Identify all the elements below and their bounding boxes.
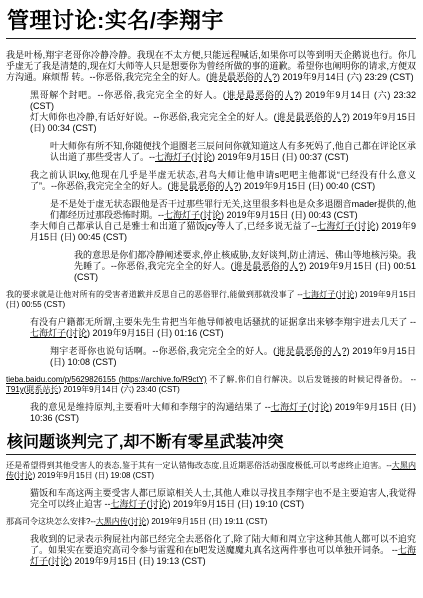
message: 我的意见是维持原判,主要看叶大师和李翔宇的沟通结果了 --七海灯子(讨论) 20… xyxy=(30,402,416,424)
page-title: 管理讨论:实名/李翔宇 xyxy=(6,8,416,39)
sig-question-link[interactable]: 谁是最恶俗的人? xyxy=(277,112,347,122)
user-link[interactable]: 七海灯子 xyxy=(317,221,354,231)
message: 是不是处于虚无状态跟他是否干过那些罪行无关,这里很多料也是众多退圈音mader提… xyxy=(50,199,416,221)
sig-question-link[interactable]: 谁是最恶俗的人? xyxy=(234,261,304,271)
message-text: ) 2019年9月15日 (日) 00:43 (CST) xyxy=(221,210,358,220)
talk-link[interactable]: 讨论 xyxy=(338,290,355,299)
sig-question-link[interactable]: 谁是最恶俗的人? xyxy=(209,72,277,82)
message-text: 李大师自己都承认自己是雅士和出道了猫饭jcy等人了,已经多说无益了-- xyxy=(30,221,317,231)
message-text: ) 2019年9月15日 (日) 00:37 (CST) xyxy=(212,152,349,162)
message-text: ) 2019年9月15日 (日) 01:16 (CST) xyxy=(87,328,224,338)
sig-question-link[interactable]: 谁是最恶俗的人? xyxy=(226,90,299,100)
user-link[interactable]: 七海灯子 xyxy=(271,402,308,412)
message-text: ) 2019年9月15日 (日) 19:10 (CST) xyxy=(168,499,305,509)
sig-question-link[interactable]: 谁是最恶俗的人? xyxy=(171,181,239,191)
talk-link[interactable]: 联系站长 xyxy=(26,385,58,394)
message-text: 我收到的记录表示狗屁社内部已经完全去恶俗化了,除了陆大师和周立宇这种其他人都可以… xyxy=(30,534,416,555)
user-link[interactable]: 七海灯子 xyxy=(303,290,336,299)
message-text: ) 2019年9月15日 (日) 19:13 (CST) xyxy=(69,556,206,566)
talk-link[interactable]: 讨论 xyxy=(17,471,33,480)
message: 灯大师你也冷静,有话好好说。--你恶俗,我完完全全的好人。(谁是最恶俗的人?) … xyxy=(30,112,416,134)
message-text: 还是希望得到其他受害人的表态,鉴于其有一定认错悔改态度,且近期恶俗活动强度极低,… xyxy=(6,461,392,470)
message: tieba.baidu.com/p/5629826155 (https://ar… xyxy=(6,375,416,395)
user-link[interactable]: 七海灯子 xyxy=(30,328,66,338)
message-text: 灯大师你也冷静,有话好好说。--你恶俗,我完完全全的好人。( xyxy=(30,112,277,122)
message: 有没有户籍都无所谓,主要朱先生肯把当年他导师被电话骚扰的证据拿出来够李翔宇进去几… xyxy=(30,317,416,339)
message-text: ) 2019年9月15日 (日) 00:40 (CST) xyxy=(239,181,376,191)
message: 黑哥解个封吧。--你恶俗,我完完全全的好人。(谁是最恶俗的人?) 2019年9月… xyxy=(30,90,416,112)
message: 我的意思是你们都冷静阐述要求,停止核威胁,友好谈判,防止清远、佛山等地核污染。我… xyxy=(74,250,416,283)
talk-link[interactable]: 讨论 xyxy=(150,499,168,509)
message: 我是叶杨,翔宇老哥你冷静冷静。我现在不太方便,只能远程喊话,如果你可以等到明天企… xyxy=(6,50,416,83)
message-text: ) 2019年9月15日 (日) 19:11 (CST) xyxy=(146,517,267,526)
message-text: 黑哥解个封吧。--你恶俗,我完完全全的好人。( xyxy=(30,90,226,100)
external-link[interactable]: tieba.baidu.com/p/5629826155 (https://ar… xyxy=(6,375,207,384)
message-text: 那高司令这块怎么安排?-- xyxy=(6,517,96,526)
message-text: 我的要求就是让他对所有的受害者道歉并反思自己的恶俗罪行,能做到那就没事了 -- xyxy=(6,290,303,299)
message-text: 有没有户籍都无所谓,主要朱先生肯把当年他导师被电话骚扰的证据拿出来够李翔宇进去几… xyxy=(30,317,416,327)
user-link[interactable]: 七海灯子 xyxy=(155,152,191,162)
talk-link[interactable]: 讨论 xyxy=(357,221,376,231)
discussion-sections: 我是叶杨,翔宇老哥你冷静冷静。我现在不太方便,只能远程喊话,如果你可以等到明天企… xyxy=(6,50,416,567)
talk-link[interactable]: 讨论 xyxy=(51,556,69,566)
message-text: ) 2019年9月14日 (六) 23:29 (CST) xyxy=(277,72,414,82)
user-link[interactable]: 七海灯子 xyxy=(111,499,147,509)
message-text: ) 2019年9月14日 (六) 23:40 (CST) xyxy=(58,385,179,394)
message: 我收到的记录表示狗屁社内部已经完全去恶俗化了,除了陆大师和周立宇这种其他人都可以… xyxy=(30,534,416,567)
section-heading: 核问题谈判完了,却不断有零星武装冲突 xyxy=(6,433,416,455)
message: 李大师自己都承认自己是雅士和出道了猫饭jcy等人了,已经多说无益了--七海灯子(… xyxy=(30,221,416,243)
talk-link[interactable]: 讨论 xyxy=(130,517,146,526)
message: 那高司令这块怎么安排?--大黑内传(讨论) 2019年9月15日 (日) 19:… xyxy=(6,517,416,527)
sig-question-link[interactable]: 谁是最恶俗的人? xyxy=(276,346,346,356)
message-text: ) 2019年9月15日 (日) 19:08 (CST) xyxy=(33,471,154,480)
discussion-page: 管理讨论:实名/李翔宇 我是叶杨,翔宇老哥你冷静冷静。我现在不太方便,只能远程喊… xyxy=(0,0,423,567)
talk-link[interactable]: 讨论 xyxy=(203,210,221,220)
talk-link[interactable]: 讨论 xyxy=(194,152,212,162)
message: 猫饭和车高这两主要受害人都已原谅相关人士,其他人难以寻找且李翔宇也不是主要迫害人… xyxy=(30,488,416,510)
message: 我之前认识lxy,他现在几乎是半虚无状态,君鸟大师让他申请s吧吧主他都说“已经没… xyxy=(30,170,416,192)
message: 我的要求就是让他对所有的受害者道歉并反思自己的恶俗罪行,能做到那就没事了 --七… xyxy=(6,290,416,310)
message-text: 翔宇老哥你也说句话啊。--你恶俗,我完完全全的好人。( xyxy=(50,346,276,356)
message-text: 不了解,你们自行解决。以后发链接的时候记得备份。 -- xyxy=(207,375,416,384)
user-link[interactable]: T91y xyxy=(6,385,24,394)
user-link[interactable]: 七海灯子 xyxy=(164,210,200,220)
talk-link[interactable]: 讨论 xyxy=(69,328,87,338)
user-link[interactable]: 大黑内传 xyxy=(96,517,128,526)
talk-link[interactable]: 讨论 xyxy=(311,402,330,412)
message: 还是希望得到其他受害人的表态,鉴于其有一定认错悔改态度,且近期恶俗活动强度极低,… xyxy=(6,461,416,481)
message: 翔宇老哥你也说句话啊。--你恶俗,我完完全全的好人。(谁是最恶俗的人?) 201… xyxy=(50,346,416,368)
message: 叶大师你有所不知,你随便找个退圈老三辰问问你就知道这人有多死妈了,他自己都在评论… xyxy=(50,141,416,163)
message-text: 我的意见是维持原判,主要看叶大师和李翔宇的沟通结果了 -- xyxy=(30,402,271,412)
